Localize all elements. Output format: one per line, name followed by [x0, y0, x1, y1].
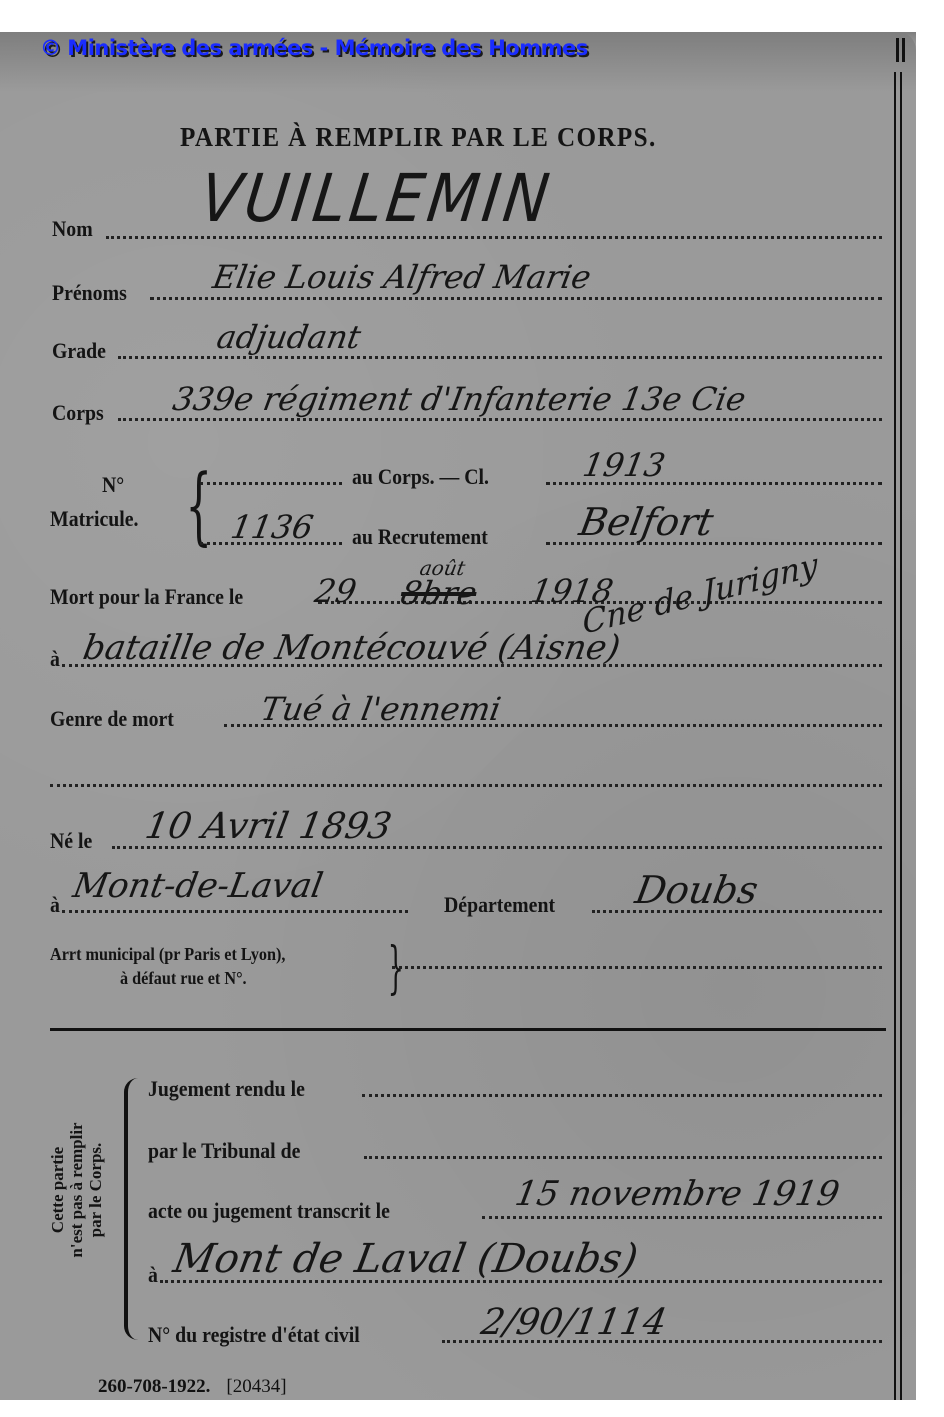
margin-rule: [902, 38, 905, 62]
mort-month-correction: août: [418, 556, 467, 580]
lower-section-brace: [124, 1078, 142, 1340]
genre-mort-value: Tué à l'ennemi: [258, 690, 504, 728]
arr-municipal-label-2: à défaut rue et N°.: [120, 968, 247, 989]
lieu-mort-value: bataille de Montécouvé (Aisne): [80, 628, 623, 668]
au-corps-line: [200, 482, 342, 485]
arr-municipal-line: [392, 966, 882, 969]
recrutement-number: 1136: [228, 508, 316, 546]
side-note-line-3: par le Corps.: [86, 1040, 105, 1340]
side-note-line-1: Cette partie: [48, 1040, 67, 1340]
lieu-transcription-value: Mont de Laval (Doubs): [170, 1236, 641, 1282]
matricule-brace: {: [185, 456, 212, 554]
registre-label: N° du registre d'état civil: [148, 1322, 360, 1348]
lieu-naissance-label: à: [50, 892, 60, 918]
lieu-naissance-line: [62, 910, 408, 913]
genre-mort-label: Genre de mort: [50, 706, 174, 732]
mort-day: 29: [312, 572, 359, 610]
au-corps-label: au Corps. — Cl.: [352, 464, 489, 490]
lieu-transcription-label: à: [148, 1262, 158, 1288]
mort-label: Mort pour la France le: [50, 584, 243, 610]
arr-municipal-label-1: Arrt municipal (pr Paris et Lyon),: [50, 944, 285, 965]
transcrit-line: [482, 1216, 882, 1219]
copyright-watermark: © Ministère des armées - Mémoire des Hom…: [40, 36, 588, 60]
form-heading: PARTIE À REMPLIR PAR LE CORPS.: [180, 122, 657, 153]
jugement-line: [362, 1094, 882, 1097]
recrutement-value: Belfort: [576, 500, 717, 544]
prenoms-value: Elie Louis Alfred Marie: [210, 258, 594, 296]
print-code: 260-708-1922.[20434]: [98, 1376, 287, 1398]
nom-label: Nom: [52, 216, 93, 242]
au-recrutement-label: au Recrutement: [352, 524, 488, 550]
margin-rule: [896, 38, 899, 62]
print-code-number: [20434]: [226, 1376, 286, 1397]
registre-value: 2/90/1114: [478, 1302, 670, 1343]
transcrit-value: 15 novembre 1919: [512, 1174, 843, 1214]
side-note: Cette partie n'est pas à remplir par le …: [48, 1040, 105, 1340]
matricule-no-label: N°: [102, 472, 124, 498]
prenoms-line: [150, 297, 882, 300]
corps-line: [118, 418, 882, 421]
prenoms-label: Prénoms: [52, 280, 127, 306]
margin-rule: [900, 72, 902, 1400]
transcrit-label: acte ou jugement transcrit le: [148, 1198, 390, 1224]
corps-label: Corps: [52, 400, 104, 426]
matricule-label: Matricule.: [50, 506, 139, 532]
ne-le-label: Né le: [50, 828, 92, 854]
departement-value: Doubs: [632, 868, 761, 912]
grade-label: Grade: [52, 338, 106, 364]
corps-value: 339e régiment d'Infanterie 13e Cie: [170, 380, 749, 418]
lieu-mort-label: à: [50, 646, 60, 672]
side-note-line-2: n'est pas à remplir: [67, 1040, 86, 1340]
section-divider: [50, 1028, 886, 1031]
tribunal-label: par le Tribunal de: [148, 1138, 300, 1164]
grade-value: adjudant: [214, 318, 364, 356]
ne-le-value: 10 Avril 1893: [142, 806, 395, 847]
grade-line: [118, 356, 882, 359]
classe-value: 1913: [580, 446, 668, 484]
blank-line: [50, 784, 882, 787]
lieu-naissance-value: Mont-de-Laval: [70, 866, 326, 906]
print-code-main: 260-708-1922.: [98, 1376, 210, 1397]
nom-value: VUILLEMIN: [196, 160, 557, 237]
tribunal-line: [364, 1156, 882, 1159]
departement-label: Département: [444, 892, 555, 918]
margin-rule: [894, 72, 896, 1400]
jugement-label: Jugement rendu le: [148, 1076, 305, 1102]
